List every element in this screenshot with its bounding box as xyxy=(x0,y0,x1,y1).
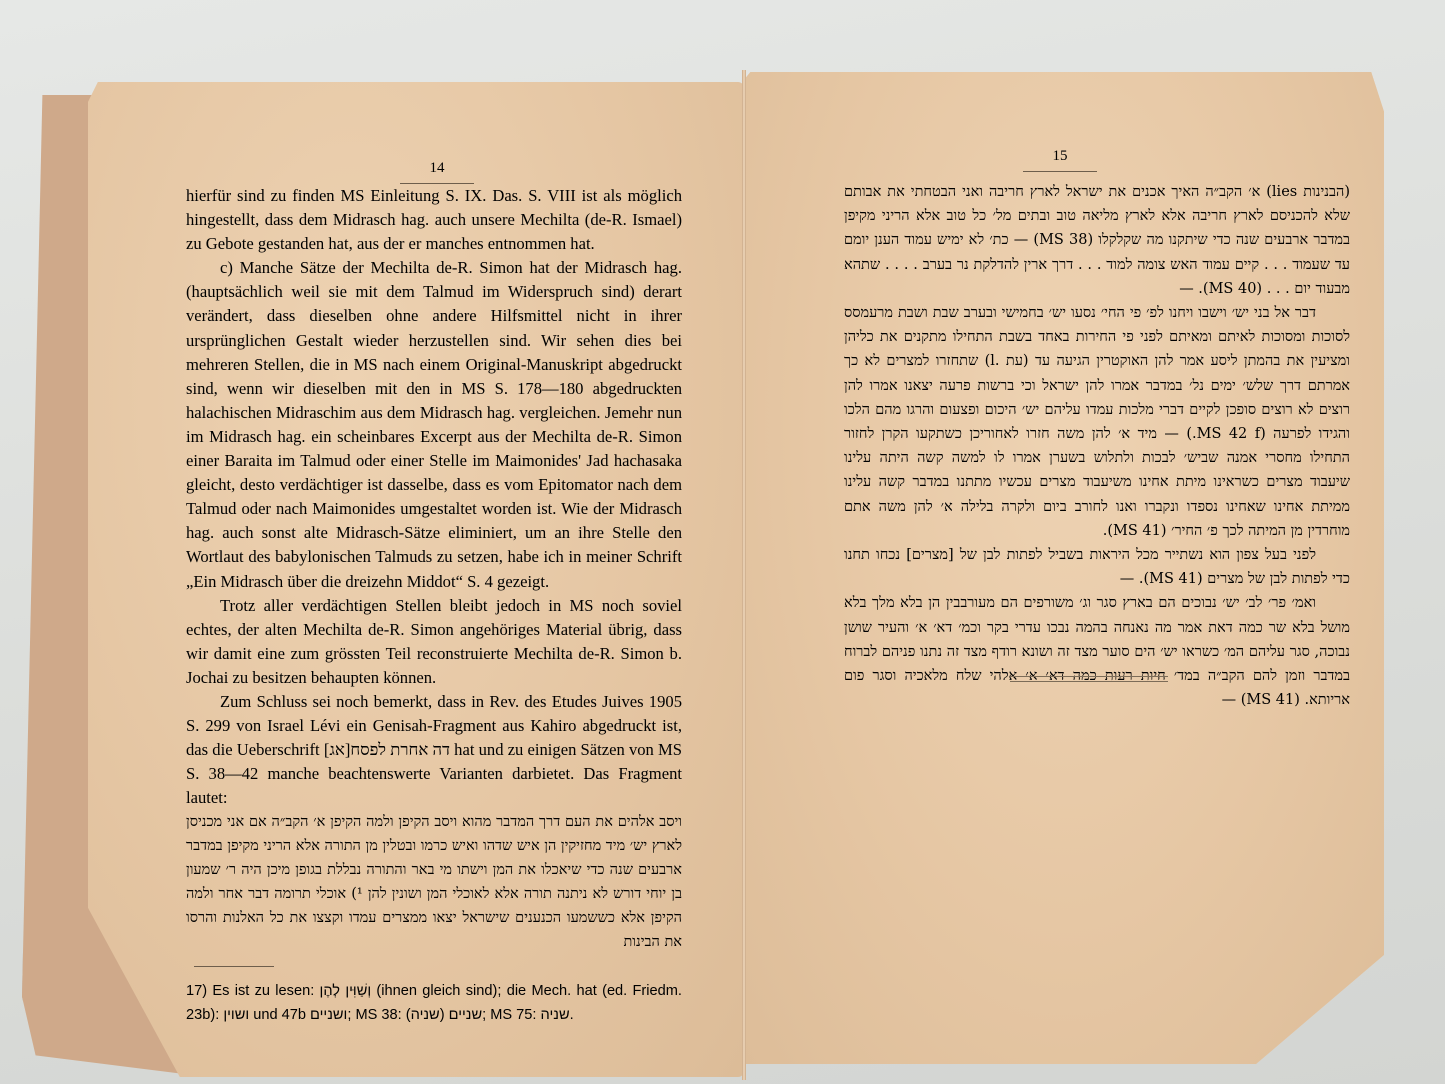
right-page-body: (הבנינות lies) א׳ הקב״ה האיך אכנים את יש… xyxy=(844,180,1350,712)
paragraph: דבר אל בני יש׳ וישבו ויחנו לפ׳ פי החי׳ נ… xyxy=(844,301,1350,543)
open-booklet: 14 15 hierfür sind zu finden MS Einleitu… xyxy=(0,0,1445,1084)
section-end-rule xyxy=(1010,676,1168,682)
paragraph: hierfür sind zu finden MS Einleitung S. … xyxy=(186,184,682,256)
paragraph: ואמ׳ פר׳ לב׳ יש׳ נבוכים הם בארץ סגר וג׳ … xyxy=(844,591,1350,712)
paragraph: c) Manche Sätze der Mechilta de-R. Simon… xyxy=(186,256,682,593)
hebrew-fragment: ויסב אלהים את העם דרך המדבר מהוא ויסב הק… xyxy=(186,810,682,954)
paragraph: (הבנינות lies) א׳ הקב״ה האיך אכנים את יש… xyxy=(844,180,1350,301)
footnote-divider xyxy=(194,966,274,967)
page-number-right: 15 xyxy=(1000,148,1120,172)
paragraph: לפני בעל צפון הוא נשתייר מכל היראות בשבי… xyxy=(844,543,1350,591)
paragraph: Zum Schluss sei noch bemerkt, dass in Re… xyxy=(186,690,682,810)
page-number-left: 14 xyxy=(377,160,497,184)
paragraph: Trotz aller verdächtigen Stellen bleibt … xyxy=(186,594,682,690)
booklet-spine xyxy=(742,70,746,1080)
left-page-body: hierfür sind zu finden MS Einleitung S. … xyxy=(186,184,682,1027)
footnote: 17) Es ist zu lesen: וְשַׁוִּין לְהֶן (i… xyxy=(186,979,682,1027)
